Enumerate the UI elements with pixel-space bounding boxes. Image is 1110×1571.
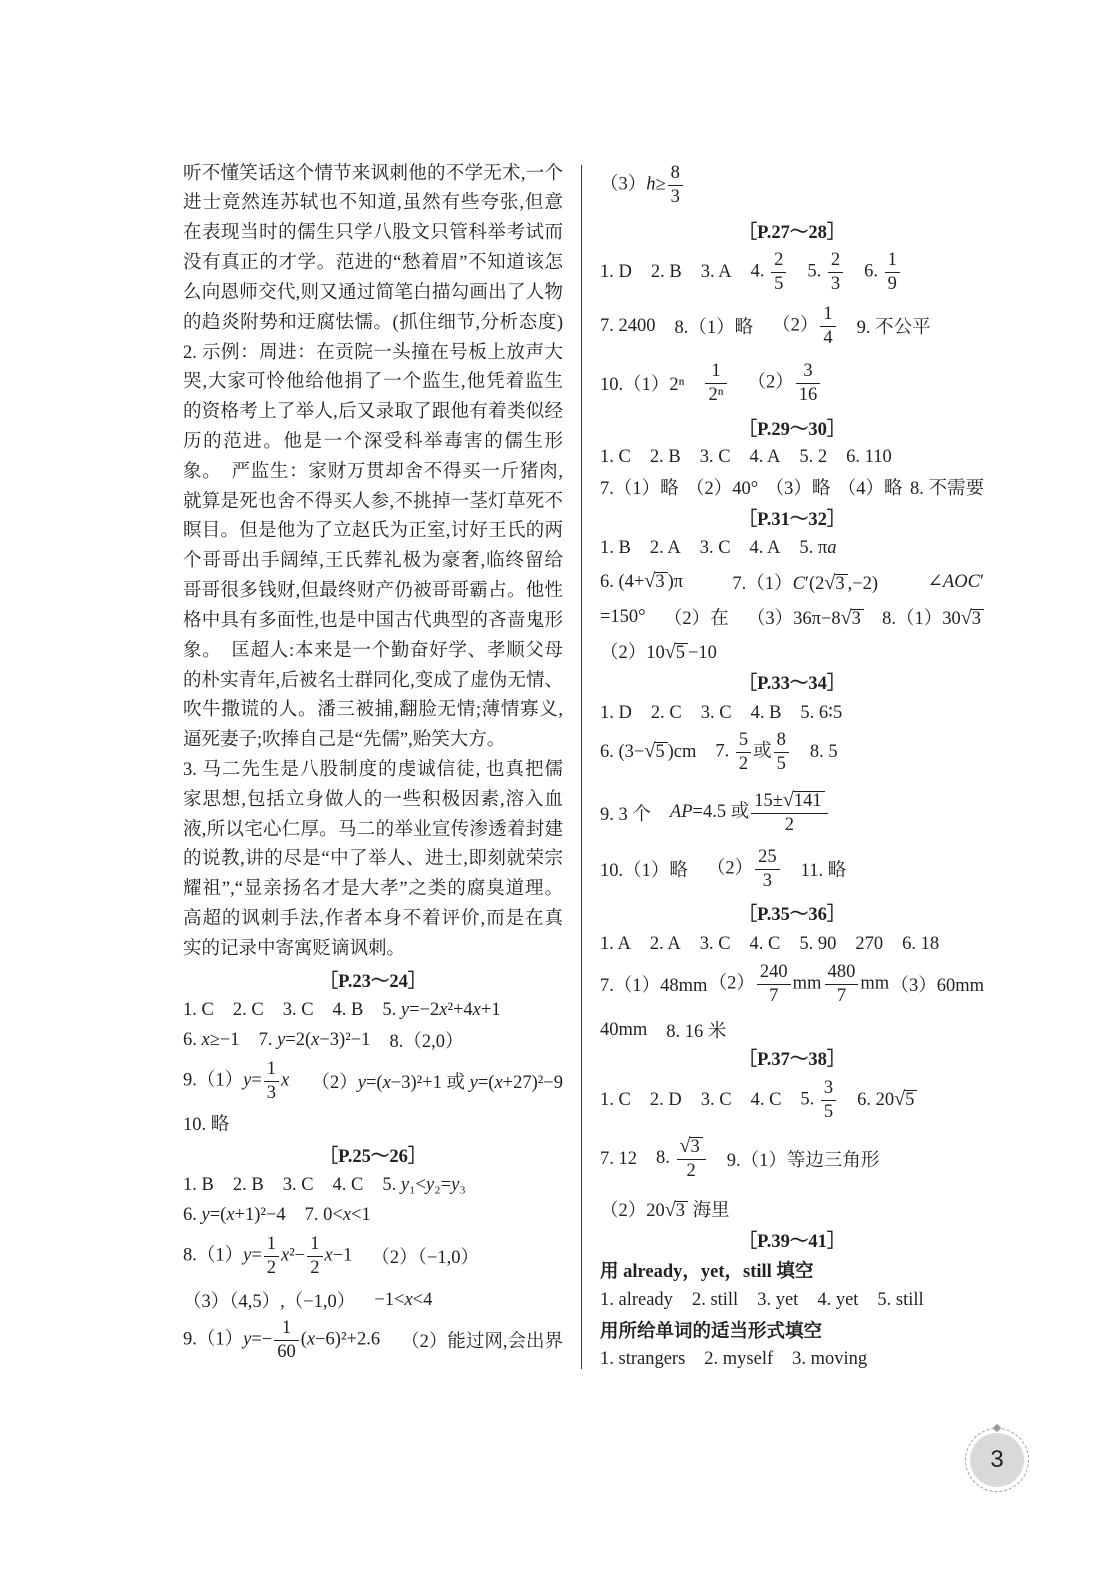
answer-item: 9.（1）y=−160(x−6)²+2.6 (183, 1318, 380, 1362)
answer-item: （3）60mm (890, 971, 984, 997)
denominator: 5 (821, 1101, 836, 1123)
fraction: 160 (274, 1318, 299, 1362)
denominator: 16 (796, 384, 821, 406)
answer-line: 6. (4+√3)π 7.（1）C′(2√3,−2) ∠AOC′ (600, 567, 984, 597)
answer-item: 1. D (600, 703, 632, 724)
answer-item: 3. C (283, 1175, 314, 1196)
answer-item: 4. B (751, 703, 782, 724)
answer-line: 10.（1）略 （2）253 11. 略 (600, 854, 984, 884)
answer-item: （2）20√3 海里 (600, 1196, 730, 1222)
radicand: 141 (793, 791, 825, 811)
denominator: 3 (755, 870, 780, 892)
denominator: 2 (751, 814, 827, 836)
section-title: ［P.23～24］ (183, 965, 563, 995)
essay-line: 历的范进。他是一个深受科举毒害的儒生形 (183, 427, 563, 457)
denominator: 2 (736, 753, 751, 775)
numerator: 3 (821, 1078, 836, 1101)
answer-item: 8.（1）y=12x²−12x−1 (183, 1234, 352, 1278)
answer-item: 8. 5 (810, 742, 838, 763)
answer-item: （2）能过网,会出界 (401, 1327, 563, 1353)
numerator: 8 (668, 163, 683, 186)
answer-item: 5. y=−2x²+4x+1 (382, 1000, 500, 1021)
denominator: 3 (828, 273, 843, 295)
square-root: √3 (665, 1200, 688, 1221)
answer-item: 9. 3 个 (600, 800, 651, 826)
answer-line: =150° （2）在 （3）36π−8√3 8.（1）30√3 (600, 602, 984, 632)
essay-line: 进士竟然连苏轼也不知道,虽然有些夸张,但意 (183, 188, 563, 218)
answer-item: 3. C (700, 538, 731, 559)
essay-line: 听不懂笑话这个情节来讽刺他的不学无术,一个 (183, 159, 563, 189)
numerator: 1 (820, 304, 835, 327)
fraction: 23 (828, 250, 843, 294)
answer-item: 8. √32 (656, 1136, 708, 1181)
radicand: 5 (675, 643, 688, 663)
answer-item: 10.（1）2ⁿ (600, 370, 684, 396)
answer-item: 4. C (751, 1090, 782, 1111)
essay-line: 哭,大家可怜他给他捐了一个监生,他凭着监生 (183, 367, 563, 397)
answer-item: 5. y₁<y₂=y₃ (382, 1175, 465, 1196)
answer-line: （2）10√5−10 (600, 636, 984, 666)
answer-item: 2. still (692, 1290, 738, 1311)
answer-item: 1. strangers (600, 1349, 685, 1370)
answer-item: 6. y=(x+1)²−4 (183, 1205, 286, 1226)
answer-line: 7. 2400 8.（1）略 （2）14 9. 不公平 (600, 311, 984, 341)
answer-item: 1. C (600, 1090, 631, 1111)
answer-key-page: 听不懂笑话这个情节来讽刺他的不学无术,一个 进士竟然连苏轼也不知道,虽然有些夸张… (0, 0, 1110, 1571)
answer-item: 9.（1）等边三角形 (727, 1146, 880, 1172)
section-title: ［P.35～36］ (600, 898, 984, 928)
answer-line: 9. 3 个 AP=4.5 或15±√1412 (600, 798, 984, 828)
answer-item: 6. 110 (846, 447, 892, 468)
answer-item: 3. C (701, 1090, 732, 1111)
radicand: 3 (654, 572, 667, 592)
answer-item: AP=4.5 或15±√1412 (670, 790, 830, 835)
essay-line: 象。 严监生：家财万贯却舍不得买一斤猪肉, (183, 457, 563, 487)
page-number: 3 (970, 1433, 1024, 1487)
answer-item: =150° (600, 607, 646, 628)
essay-line: 没有真正的才学。范进的“愁着眉”不知道该怎 (183, 248, 563, 278)
answer-item: 4. 25 (751, 250, 789, 294)
answer-line: 8.（1）y=12x²−12x−1 （2）（−1,0） (183, 1241, 563, 1271)
answer-item: （3）略 (766, 474, 831, 500)
answer-item: 8.（1）略 (675, 313, 754, 339)
answer-item: ∠AOC′ (927, 571, 984, 593)
answer-item: （2）10√5−10 (600, 638, 717, 664)
answer-item: 4. A (750, 538, 781, 559)
page-number-badge: 3 (965, 1428, 1029, 1492)
answer-line: 1. D 2. C 3. C 4. B 5. 6∶5 (600, 698, 984, 728)
denominator: 7 (825, 985, 859, 1007)
denominator: 2 (264, 1257, 279, 1279)
answer-item: （2）40° (686, 474, 758, 500)
answer-item: 2. A (650, 934, 681, 955)
answer-item: （2）316 (748, 361, 823, 405)
numerator: 15±√141 (751, 790, 827, 814)
answer-item: （3）36π−8√3 (747, 604, 864, 630)
fraction: 12ⁿ (705, 361, 726, 405)
essay-line: 家思想,包括立身做人的一些积极因素,溶入血 (183, 785, 563, 815)
answer-item: 8. 不需要 (910, 474, 984, 500)
answer-item: 7.（1）C′(2√3,−2) (732, 569, 878, 595)
answer-line-continuation: （3）h≥83 (600, 170, 984, 200)
answer-item: 5. 35 (800, 1078, 838, 1122)
answer-line: 6. y=(x+1)²−4 7. 0<x<1 (183, 1200, 563, 1230)
answer-item: 3. A (701, 262, 732, 283)
answer-item: 3. C (700, 447, 731, 468)
answer-item: 12ⁿ (703, 361, 728, 405)
answer-item: 4. B (333, 1000, 364, 1021)
answer-item: 5. 23 (807, 250, 845, 294)
essay-line: 的说教,讲的尽是“中了举人、进士,即刻就荣宗 (183, 844, 563, 874)
answer-line: 10.（1）2ⁿ 12ⁿ （2）316 (600, 368, 984, 398)
column-divider (581, 165, 582, 1369)
fraction: 12 (264, 1234, 279, 1278)
answer-line: 7.（1）48mm （2）2407mm 4807mm （3）60mm (600, 969, 984, 999)
radicand: 3 (689, 1137, 702, 1157)
answer-line: 1. D 2. B 3. A 4. 25 5. 23 6. 19 (600, 257, 984, 287)
radicand: 5 (654, 742, 667, 762)
numerator: 1 (264, 1059, 279, 1082)
essay-line: 3. 马二先生是八股制度的虔诚信徒, 也真把儒 (183, 755, 563, 785)
essay-line: 实的记录中寄寓贬谪讽刺。 (183, 934, 563, 964)
answer-item: 3. yet (757, 1290, 798, 1311)
section-title: ［P.39～41］ (600, 1225, 984, 1255)
essay-line: 个哥哥出手阔绰,王氏葬礼极为豪奢,临终留给 (183, 546, 563, 576)
fraction: 316 (796, 361, 821, 405)
answer-line: 1. already 2. still 3. yet 4. yet 5. sti… (600, 1285, 984, 1315)
answer-item: 6. 18 (902, 934, 939, 955)
answer-item: （3）（4,5）,（−1,0） (183, 1287, 355, 1313)
answer-item: 4. yet (817, 1290, 858, 1311)
section-title: ［P.33～34］ (600, 667, 984, 697)
square-root: √141 (783, 790, 825, 811)
answer-line: 1. B 2. A 3. C 4. A 5. πa (600, 533, 984, 563)
numerator: 1 (274, 1318, 299, 1341)
fraction: 14 (820, 304, 835, 348)
answer-item: 1. A (600, 934, 631, 955)
fraction: 25 (771, 250, 786, 294)
answer-item: 11. 略 (801, 856, 847, 882)
answer-item: 2. B (233, 1175, 264, 1196)
answer-item: 7.（1）略 (600, 474, 679, 500)
answer-item: （2）14 (772, 304, 838, 348)
answer-item: 2. C (651, 703, 682, 724)
numerator: 1 (307, 1234, 322, 1257)
essay-line: 高超的讽刺手法,作者本身不着评价,而是在真 (183, 904, 563, 934)
answer-item: 6. 20√5 (857, 1089, 917, 1111)
answer-item: 8.（1）30√3 (882, 604, 984, 630)
answer-line: 40mm 8. 16 米 (600, 1015, 984, 1045)
numerator: 5 (736, 730, 751, 753)
answer-item: −1<x<4 (374, 1290, 432, 1311)
radicand: 3 (851, 609, 864, 629)
denominator: 2ⁿ (705, 384, 726, 406)
answer-item: 2. C (233, 1000, 264, 1021)
exercise-heading: 用所给单词的适当形式填空 (600, 1315, 984, 1345)
answer-item: 9. 不公平 (857, 313, 931, 339)
answer-item: 1. D (600, 262, 632, 283)
answer-item: 6. 19 (864, 250, 902, 294)
fraction: 2407 (757, 962, 791, 1006)
square-root: √5 (644, 741, 667, 762)
numerator: 3 (796, 361, 821, 384)
answer-item: 9.（1）y=13x (183, 1059, 289, 1103)
essay-line: 的朴实青年,后被名士群同化,变成了虚伪无情、 (183, 666, 563, 696)
essay-line: 在表现当时的儒生只学八股文只管科举考试而 (183, 218, 563, 248)
answer-item: 1. C (600, 447, 631, 468)
answer-item: 8. 16 米 (666, 1017, 726, 1043)
exercise-heading: 用 already，yet，still 填空 (600, 1255, 984, 1285)
fraction: 12 (307, 1234, 322, 1278)
answer-item: 6. (4+√3)π (600, 571, 683, 593)
answer-item: 7. 12 (600, 1149, 637, 1170)
answer-line: 9.（1）y=13x （2）y=(x−3)²+1 或 y=(x+27)²−9 (183, 1066, 563, 1096)
essay-line: 么向恩师交代,则又通过简笔白描勾画出了人物 (183, 278, 563, 308)
answer-line: （3）（4,5）,（−1,0） −1<x<4 (183, 1285, 563, 1315)
answer-item: 7. 2400 (600, 316, 656, 337)
square-root: √3 (961, 608, 984, 629)
right-column: （3）h≥83 ［P.27～28］ 1. D 2. B 3. A 4. 25 5… (600, 0, 984, 1571)
answer-item: 1. already (600, 1290, 673, 1311)
answer-item: （2）在 (664, 604, 729, 630)
answer-line: 7.（1）略 （2）40° （3）略 （4）略 8. 不需要 (600, 472, 984, 502)
answer-item: 7. y=2(x−3)²−1 (259, 1030, 371, 1051)
answer-item: （4）略 (838, 474, 903, 500)
section-title: ［P.31～32］ (600, 503, 984, 533)
answer-item: 4. C (750, 934, 781, 955)
answer-item: 1. C (183, 1000, 214, 1021)
answer-item: （2）（−1,0） (371, 1243, 479, 1269)
answer-item: 1. B (600, 538, 631, 559)
numerator: 480 (825, 962, 859, 985)
essay-line: 格中具有多面性,也是中国古代典型的吝啬鬼形 (183, 606, 563, 636)
answer-item: 3. C (700, 934, 731, 955)
numerator: 1 (264, 1234, 279, 1257)
answer-item: 8.（2,0） (389, 1027, 463, 1053)
fraction: 13 (264, 1059, 279, 1103)
answer-item: 10. 略 (183, 1110, 229, 1136)
essay-line: 逼死妻子;吹捧自己是“先儒”,贻笑大方。 (183, 725, 563, 755)
essay-line: 吹牛撒谎的人。潘三被捕,翻脸无情;薄情寡义, (183, 695, 563, 725)
radicand: 3 (675, 1201, 688, 1221)
answer-item: 5. still (877, 1290, 923, 1311)
answer-line: 7. 12 8. √32 9.（1）等边三角形 (600, 1144, 984, 1174)
denominator: 9 (885, 273, 900, 295)
answer-item: 6. (3−√5)cm (600, 741, 696, 763)
section-title: ［P.27～28］ (600, 216, 984, 246)
numerator: 1 (705, 361, 726, 384)
essay-line: 液,所以宅心仁厚。马二的举业宣传渗透着封建 (183, 815, 563, 845)
diamond-ornament-icon (993, 1424, 1001, 1432)
answer-item: 1. B (183, 1175, 214, 1196)
answer-line: 1. C 2. D 3. C 4. C 5. 35 6. 20√5 (600, 1085, 984, 1115)
answer-item: 3. moving (792, 1349, 867, 1370)
fraction: 15±√1412 (751, 790, 827, 835)
answer-item: 5. 90 (799, 934, 836, 955)
section-title: ［P.25～26］ (183, 1140, 563, 1170)
answer-item: 7.（1）48mm (600, 971, 707, 997)
fraction: √32 (677, 1136, 706, 1181)
numerator: 2 (771, 250, 786, 273)
essay-line: 的趋炎附势和迂腐怯懦。(抓住细节,分析态度) (183, 308, 563, 338)
answer-line: 9.（1）y=−160(x−6)²+2.6 （2）能过网,会出界 (183, 1325, 563, 1355)
radicand: 3 (834, 574, 847, 594)
answer-item: 2. B (650, 447, 681, 468)
answer-line: 6. (3−√5)cm 7. 52或85 8. 5 (600, 737, 984, 767)
answer-item: （2）2407mm (709, 962, 822, 1006)
answer-item: 4. C (333, 1175, 364, 1196)
fraction: 253 (755, 847, 780, 891)
answer-item: 5. 2 (799, 447, 827, 468)
denominator: 3 (264, 1082, 279, 1104)
left-column: 听不懂笑话这个情节来讽刺他的不学无术,一个 进士竟然连苏轼也不知道,虽然有些夸张… (183, 0, 563, 1571)
numerator: √3 (677, 1136, 706, 1160)
square-root: √5 (665, 642, 688, 663)
denominator: 2 (307, 1257, 322, 1279)
essay-line: 象。 匡超人:本来是一个勤奋好学、孝顺父母 (183, 636, 563, 666)
essay-line: 2. 示例：周进：在贡院一头撞在号板上放声大 (183, 338, 563, 368)
square-root: √3 (644, 571, 667, 592)
denominator: 5 (774, 753, 789, 775)
answer-line: 1. B 2. B 3. C 4. C 5. y₁<y₂=y₃ (183, 1170, 563, 1200)
answer-item: 7. 52或85 (715, 730, 791, 774)
answer-line: 1. C 2. B 3. C 4. A 5. 2 6. 110 (600, 442, 984, 472)
essay-line: 就算是死也舍不得买人参,不挑掉一茎灯草死不 (183, 487, 563, 517)
square-root: √3 (680, 1136, 703, 1157)
fraction: 83 (668, 163, 683, 207)
numerator: 2 (828, 250, 843, 273)
answer-line: 1. A 2. A 3. C 4. C 5. 90 270 6. 18 (600, 929, 984, 959)
denominator: 60 (274, 1341, 299, 1363)
radicand: 5 (904, 1090, 917, 1110)
answer-item: 3. C (283, 1000, 314, 1021)
essay-line: 瞑目。但是他为了立赵氏为正室,讨好王氏的两 (183, 516, 563, 546)
essay-line: 哥哥很多钱财,但最终财产仍被哥哥霸占。他性 (183, 576, 563, 606)
denominator: 5 (771, 273, 786, 295)
denominator: 3 (668, 186, 683, 208)
fraction: 4807 (825, 962, 859, 1006)
numerator: 8 (774, 730, 789, 753)
square-root: √3 (824, 573, 847, 594)
denominator: 2 (677, 1160, 706, 1182)
answer-item: 7. 0<x<1 (305, 1205, 371, 1226)
denominator: 4 (820, 327, 835, 349)
answer-line: 6. x≥−1 7. y=2(x−3)²−1 8.（2,0） (183, 1025, 563, 1055)
answer-item: 40mm (600, 1020, 647, 1041)
fraction: 52 (736, 730, 751, 774)
answer-item: 2. D (650, 1090, 682, 1111)
essay-line: 的资格考上了举人,后又录取了跟他有着类似经 (183, 397, 563, 427)
answer-item: 5. 6∶5 (800, 702, 842, 724)
answer-item: 4807mm (823, 962, 890, 1006)
radicand: 3 (971, 609, 984, 629)
numerator: 25 (755, 847, 780, 870)
answer-item: 5. πa (799, 538, 836, 559)
square-root: √5 (894, 1089, 917, 1110)
answer-line: （2）20√3 海里 (600, 1194, 984, 1224)
numerator: 1 (885, 250, 900, 273)
answer-item: （2）y=(x−3)²+1 或 y=(x+27)²−9 (311, 1068, 563, 1094)
fraction: 35 (821, 1078, 836, 1122)
answer-item: 2. myself (704, 1349, 773, 1370)
answer-item: 2. A (650, 538, 681, 559)
answer-line: 1. strangers 2. myself 3. moving (600, 1344, 984, 1374)
answer-item: 2. B (651, 262, 682, 283)
essay-line: 耀祖”,“显亲扬名才是大孝”之类的腐臭道理。 (183, 874, 563, 904)
section-title: ［P.37～38］ (600, 1043, 984, 1073)
fraction: 85 (774, 730, 789, 774)
answer-item: 4. A (750, 447, 781, 468)
answer-item: 10.（1）略 (600, 856, 688, 882)
answer-item: （2）253 (707, 847, 782, 891)
section-title: ［P.29～30］ (600, 413, 984, 443)
answer-item: 270 (855, 934, 883, 955)
answer-item: 6. x≥−1 (183, 1030, 240, 1051)
fraction: 19 (885, 250, 900, 294)
answer-item: 3. C (701, 703, 732, 724)
answer-item: （3）h≥83 (600, 163, 685, 207)
numerator: 240 (757, 962, 791, 985)
denominator: 7 (757, 985, 791, 1007)
answer-line: 10. 略 (183, 1108, 563, 1138)
square-root: √3 (841, 608, 864, 629)
answer-line: 1. C 2. C 3. C 4. B 5. y=−2x²+4x+1 (183, 995, 563, 1025)
